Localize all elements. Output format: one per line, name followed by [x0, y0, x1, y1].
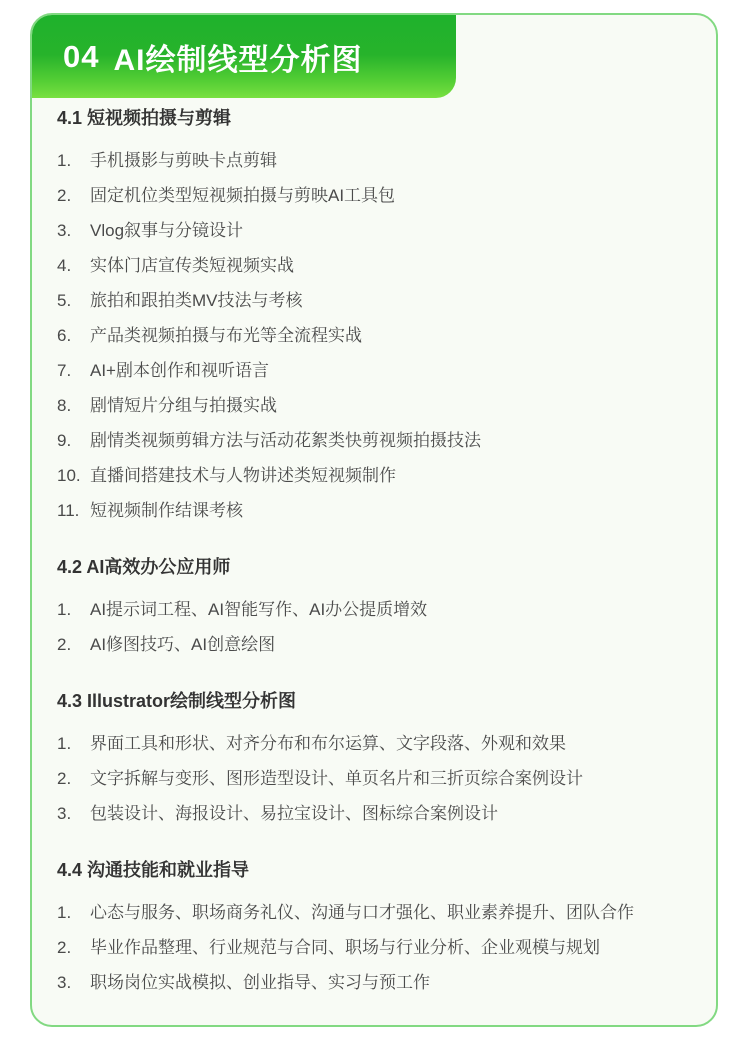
section-item-list: 1. AI提示词工程、AI智能写作、AI办公提质增效 2. AI修图技巧、AI创… — [57, 598, 691, 657]
course-outline-card: 04 AI绘制线型分析图 4.1 短视频拍摄与剪辑 1. 手机摄影与剪映卡点剪辑… — [30, 13, 718, 1027]
item-text: 直播间搭建技术与人物讲述类短视频制作 — [90, 464, 691, 488]
list-item: 10. 直播间搭建技术与人物讲述类短视频制作 — [57, 464, 691, 488]
item-text: 包装设计、海报设计、易拉宝设计、图标综合案例设计 — [90, 802, 691, 826]
list-item: 8. 剧情短片分组与拍摄实战 — [57, 394, 691, 418]
list-item: 9. 剧情类视频剪辑方法与活动花絮类快剪视频拍摄技法 — [57, 429, 691, 453]
list-item: 5. 旅拍和跟拍类MV技法与考核 — [57, 289, 691, 313]
list-item: 3. Vlog叙事与分镜设计 — [57, 219, 691, 243]
item-text: 剧情类视频剪辑方法与活动花絮类快剪视频拍摄技法 — [90, 429, 691, 453]
section-heading: 4.1 短视频拍摄与剪辑 — [57, 105, 691, 131]
item-number: 1. — [57, 149, 90, 173]
item-text: 文字拆解与变形、图形造型设计、单页名片和三折页综合案例设计 — [90, 767, 691, 791]
list-item: 4. 实体门店宣传类短视频实战 — [57, 254, 691, 278]
item-text: 心态与服务、职场商务礼仪、沟通与口才强化、职业素养提升、团队合作 — [90, 901, 691, 925]
item-number: 2. — [57, 633, 90, 657]
list-item: 1. AI提示词工程、AI智能写作、AI办公提质增效 — [57, 598, 691, 622]
item-number: 9. — [57, 429, 90, 453]
list-item: 2. 毕业作品整理、行业规范与合同、职场与行业分析、企业观模与规划 — [57, 936, 691, 960]
item-text: 职场岗位实战模拟、创业指导、实习与预工作 — [90, 971, 691, 995]
item-text: 毕业作品整理、行业规范与合同、职场与行业分析、企业观模与规划 — [90, 936, 691, 960]
item-number: 2. — [57, 936, 90, 960]
item-number: 1. — [57, 598, 90, 622]
list-item: 11. 短视频制作结课考核 — [57, 499, 691, 523]
course-section: 4.1 短视频拍摄与剪辑 1. 手机摄影与剪映卡点剪辑 2. 固定机位类型短视频… — [57, 105, 691, 523]
item-number: 5. — [57, 289, 90, 313]
item-number: 8. — [57, 394, 90, 418]
item-number: 2. — [57, 184, 90, 208]
outline-content: 4.1 短视频拍摄与剪辑 1. 手机摄影与剪映卡点剪辑 2. 固定机位类型短视频… — [32, 98, 716, 995]
list-item: 3. 包装设计、海报设计、易拉宝设计、图标综合案例设计 — [57, 802, 691, 826]
list-item: 1. 界面工具和形状、对齐分布和布尔运算、文字段落、外观和效果 — [57, 732, 691, 756]
section-item-list: 1. 心态与服务、职场商务礼仪、沟通与口才强化、职业素养提升、团队合作 2. 毕… — [57, 901, 691, 995]
list-item: 2. 固定机位类型短视频拍摄与剪映AI工具包 — [57, 184, 691, 208]
course-section: 4.3 Illustrator绘制线型分析图 1. 界面工具和形状、对齐分布和布… — [57, 688, 691, 826]
item-number: 3. — [57, 802, 90, 826]
item-text: 手机摄影与剪映卡点剪辑 — [90, 149, 691, 173]
list-item: 2. AI修图技巧、AI创意绘图 — [57, 633, 691, 657]
item-number: 3. — [57, 219, 90, 243]
item-number: 2. — [57, 767, 90, 791]
item-text: 旅拍和跟拍类MV技法与考核 — [90, 289, 691, 313]
course-section: 4.2 AI高效办公应用师 1. AI提示词工程、AI智能写作、AI办公提质增效… — [57, 554, 691, 657]
item-number: 1. — [57, 901, 90, 925]
section-item-list: 1. 界面工具和形状、对齐分布和布尔运算、文字段落、外观和效果 2. 文字拆解与… — [57, 732, 691, 826]
banner-number: 04 — [63, 39, 99, 75]
list-item: 1. 心态与服务、职场商务礼仪、沟通与口才强化、职业素养提升、团队合作 — [57, 901, 691, 925]
section-item-list: 1. 手机摄影与剪映卡点剪辑 2. 固定机位类型短视频拍摄与剪映AI工具包 3.… — [57, 149, 691, 523]
item-number: 7. — [57, 359, 90, 383]
list-item: 1. 手机摄影与剪映卡点剪辑 — [57, 149, 691, 173]
item-number: 6. — [57, 324, 90, 348]
item-text: 产品类视频拍摄与布光等全流程实战 — [90, 324, 691, 348]
item-number: 3. — [57, 971, 90, 995]
section-heading: 4.2 AI高效办公应用师 — [57, 554, 691, 580]
list-item: 3. 职场岗位实战模拟、创业指导、实习与预工作 — [57, 971, 691, 995]
list-item: 6. 产品类视频拍摄与布光等全流程实战 — [57, 324, 691, 348]
item-number: 10. — [57, 464, 90, 488]
item-number: 1. — [57, 732, 90, 756]
list-item: 7. AI+剧本创作和视听语言 — [57, 359, 691, 383]
course-section: 4.4 沟通技能和就业指导 1. 心态与服务、职场商务礼仪、沟通与口才强化、职业… — [57, 857, 691, 995]
section-heading: 4.4 沟通技能和就业指导 — [57, 857, 691, 883]
page-background: 04 AI绘制线型分析图 4.1 短视频拍摄与剪辑 1. 手机摄影与剪映卡点剪辑… — [0, 0, 750, 1061]
section-heading: 4.3 Illustrator绘制线型分析图 — [57, 688, 691, 714]
item-text: 固定机位类型短视频拍摄与剪映AI工具包 — [90, 184, 691, 208]
item-number: 11. — [57, 499, 90, 523]
item-text: 短视频制作结课考核 — [90, 499, 691, 523]
item-number: 4. — [57, 254, 90, 278]
item-text: AI提示词工程、AI智能写作、AI办公提质增效 — [90, 598, 691, 622]
item-text: AI+剧本创作和视听语言 — [90, 359, 691, 383]
banner-title: AI绘制线型分析图 — [113, 35, 362, 79]
section-banner: 04 AI绘制线型分析图 — [32, 15, 456, 98]
list-item: 2. 文字拆解与变形、图形造型设计、单页名片和三折页综合案例设计 — [57, 767, 691, 791]
item-text: 剧情短片分组与拍摄实战 — [90, 394, 691, 418]
item-text: Vlog叙事与分镜设计 — [90, 219, 691, 243]
item-text: 实体门店宣传类短视频实战 — [90, 254, 691, 278]
item-text: 界面工具和形状、对齐分布和布尔运算、文字段落、外观和效果 — [90, 732, 691, 756]
item-text: AI修图技巧、AI创意绘图 — [90, 633, 691, 657]
